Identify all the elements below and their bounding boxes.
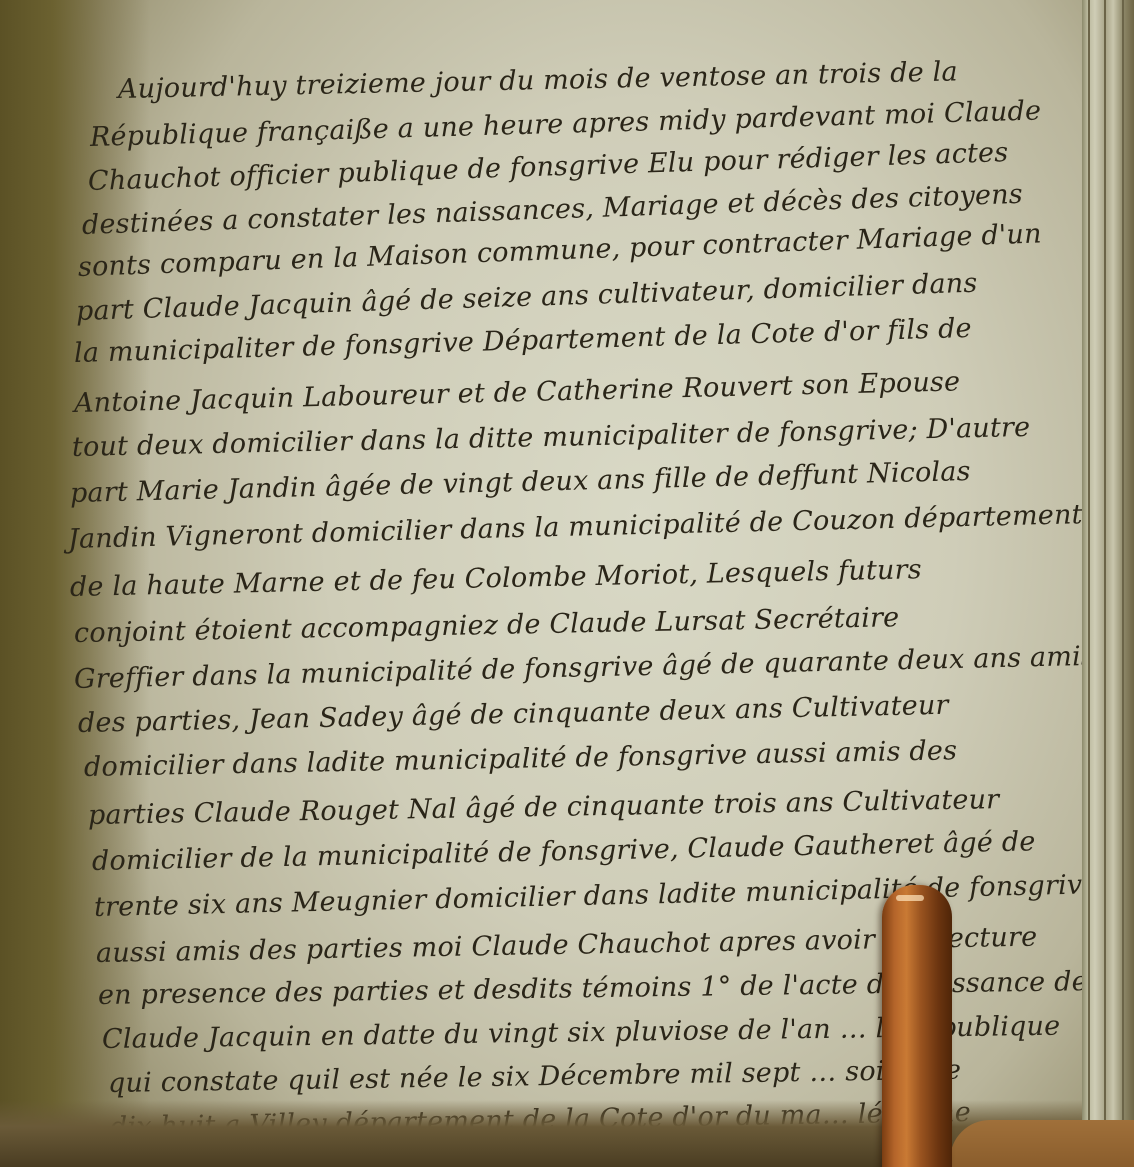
manuscript-line-13: conjoint étoient accompagniez de Claude …: [74, 602, 900, 649]
manuscript-line-1: Aujourd'huy treizieme jour du mois de ve…: [118, 56, 958, 105]
manuscript-line-23: qui constate quil est née le six Décembr…: [108, 1055, 962, 1099]
manuscript-line-10: part Marie Jandin âgée de vingt deux ans…: [70, 456, 971, 509]
manuscript-line-12: de la haute Marne et de feu Colombe Mori…: [70, 554, 922, 603]
manuscript-line-14: Greffier dans la municipalité de fonsgri…: [74, 641, 1096, 695]
manuscript-line-11: Jandin Vigneront domicilier dans la muni…: [68, 499, 1083, 555]
page-edge-line: [1088, 0, 1090, 1167]
manuscript-line-17: parties Claude Rouget Nal âgé de cinquan…: [88, 784, 1000, 831]
manuscript-line-16: domicilier dans ladite municipalité de f…: [84, 735, 958, 783]
document-photograph: Aujourd'huy treizieme jour du mois de ve…: [0, 0, 1134, 1167]
manuscript-line-9: tout deux domicilier dans la ditte munic…: [72, 412, 1031, 463]
page-stack-edge: [1082, 0, 1134, 1167]
page-edge-line: [1104, 0, 1106, 1167]
dowel-highlight: [896, 895, 924, 901]
manuscript-text: Aujourd'huy treizieme jour du mois de ve…: [0, 0, 1134, 1167]
wooden-dowel: [882, 885, 952, 1167]
wooden-table-edge: [950, 1120, 1134, 1167]
manuscript-line-8: Antoine Jacquin Laboureur et de Catherin…: [74, 366, 961, 419]
page-edge-line: [1122, 0, 1124, 1167]
manuscript-line-15: des parties, Jean Sadey âgé de cinquante…: [78, 690, 949, 739]
manuscript-line-18: domicilier de la municipalité de fonsgri…: [92, 826, 1036, 877]
